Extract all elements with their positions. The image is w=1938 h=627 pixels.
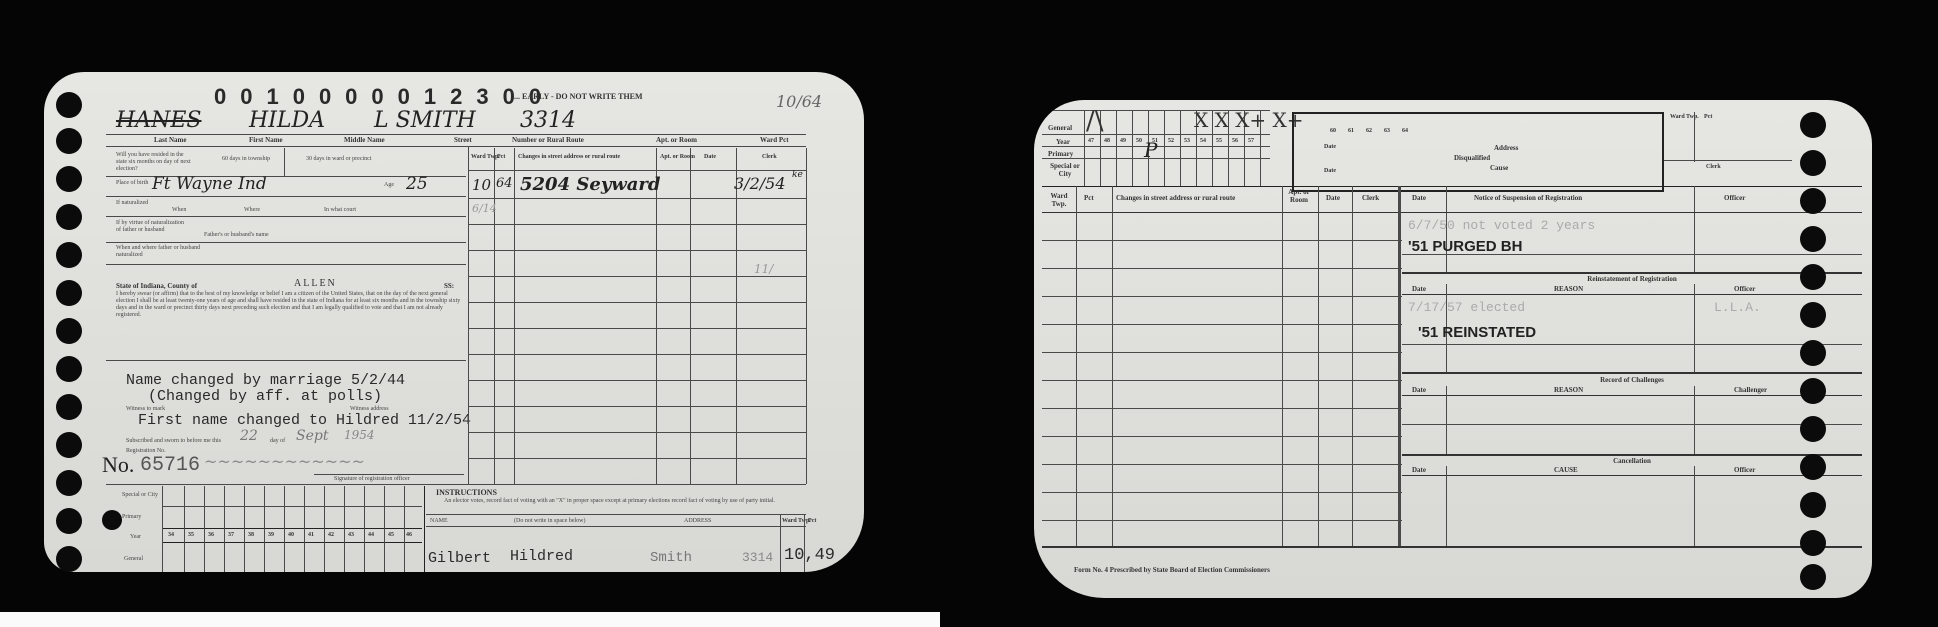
form-footer: Form No. 4 Prescribed by State Board of … xyxy=(1074,566,1270,574)
year-cell: 50 xyxy=(1136,138,1142,144)
vote-marks: X X X+ X+ xyxy=(1194,108,1304,132)
year-cell: 60 xyxy=(1330,128,1336,134)
suspension-col-date: Date xyxy=(1412,194,1426,202)
year-cell: 63 xyxy=(1384,128,1390,134)
oath-ss: SS: xyxy=(444,282,454,290)
naturalization-virtue-label: If by virtue of naturalization of father… xyxy=(116,220,186,234)
reinstated-stamp: '51 REINSTATED xyxy=(1418,324,1536,341)
purged-stamp: '51 PURGED BH xyxy=(1408,238,1522,255)
naturalized-where-label: Where xyxy=(244,207,260,214)
ward-pct-label: Ward Pct xyxy=(760,136,789,144)
subscribed-day: 22 xyxy=(240,428,258,444)
reinstatement-col-date: Date xyxy=(1412,285,1426,293)
birthplace-label: Place of birth xyxy=(116,180,148,187)
changes-row-clerk: ke xyxy=(792,170,803,180)
reinstatement-col-officer: Officer xyxy=(1734,285,1755,293)
vote-mark-initial: P xyxy=(1144,138,1157,162)
changes-row-date: 3/2/54 xyxy=(734,174,786,193)
col-clerk: Clerk xyxy=(1362,194,1379,202)
instructions-title: INSTRUCTIONS xyxy=(436,488,497,497)
year-cell: 52 xyxy=(1168,138,1174,144)
changes-col-address: Changes in street address or rural route xyxy=(518,154,620,160)
disqualified-box xyxy=(1292,112,1664,192)
suspension-col-notice: Notice of Suspension of Registration xyxy=(1474,194,1582,202)
header-notice: ... EARLY - DO NOT WRITE THEM xyxy=(514,92,643,101)
number-route-label: Number or Rural Route xyxy=(512,136,584,144)
grid-label-year: Year xyxy=(130,534,141,541)
typed-middle-name: Smith xyxy=(650,550,692,566)
changes-col-apt: Apt. or Room xyxy=(660,154,695,160)
suspension-faint-entry: 6/7/50 not voted 2 years xyxy=(1408,218,1595,233)
changes-col-date: Date xyxy=(704,154,716,160)
changes-row-ward: 6/14 xyxy=(472,202,497,215)
instructions-pct-label: Pct xyxy=(808,518,816,524)
year-cell: 39 xyxy=(268,532,274,538)
cancellation-title: Cancellation xyxy=(1402,457,1862,465)
year-cell: 54 xyxy=(1200,138,1206,144)
naturalized-court-label: In what court xyxy=(324,207,356,214)
box-label-cause: Cause xyxy=(1490,164,1508,172)
father-husband-name-label: Father's or husband's name xyxy=(204,232,269,239)
first-name-label: First Name xyxy=(249,136,283,144)
year-cell: 35 xyxy=(188,532,194,538)
year-cell: 37 xyxy=(228,532,234,538)
year-cell: 34 xyxy=(168,532,174,538)
year-cell: 40 xyxy=(288,532,294,538)
note-first-name-change: First name changed to Hildred 11/2/54 xyxy=(138,412,471,429)
box-label-address: Address xyxy=(1494,144,1518,152)
note-changed-at-polls: (Changed by aff. at polls) xyxy=(148,388,382,405)
registration-number: 65716 xyxy=(140,454,200,477)
subscribed-label: Subscribed and sworn to before me this xyxy=(126,438,221,445)
changes-col-ward: Ward Twp. xyxy=(471,154,500,160)
instructions-name-label: NAME xyxy=(430,518,448,525)
cancellation-col-date: Date xyxy=(1412,466,1426,474)
year-cell: 56 xyxy=(1232,138,1238,144)
grid-label-general: General xyxy=(1048,124,1072,132)
first-name-value: HILDA xyxy=(249,108,325,133)
middle-name-value: L SMITH xyxy=(374,108,476,133)
reinstatement-faint-entry: 7/17/57 elected xyxy=(1408,300,1525,315)
subscribed-year: 1954 xyxy=(344,428,375,442)
typed-first-name: Hildred xyxy=(510,548,573,565)
changes-row-address: 5204 Seyward xyxy=(520,174,661,195)
grid-label-primary: Primary xyxy=(1048,150,1073,158)
voter-registration-card-back: General Year Primary Special or City 47 … xyxy=(1034,100,1872,598)
cancellation-col-cause: CAUSE xyxy=(1554,466,1578,474)
last-name-value: HANES xyxy=(116,108,201,133)
grid-label-primary: Primary xyxy=(122,514,141,521)
year-cell: 49 xyxy=(1120,138,1126,144)
father-husband-naturalized-label: When and where father or husband natural… xyxy=(116,245,206,259)
subscribed-month-label: day of xyxy=(270,438,285,445)
year-cell: 62 xyxy=(1366,128,1372,134)
grid-label-year: Year xyxy=(1056,138,1070,146)
year-cell: 44 xyxy=(368,532,374,538)
last-name-label: Last Name xyxy=(154,136,186,144)
year-cell: 41 xyxy=(308,532,314,538)
instructions-do-not-write: (Do not write in space below) xyxy=(514,518,585,525)
typed-ward-pct: 10,49 xyxy=(784,546,835,565)
changes-row-date: 11/ xyxy=(754,262,773,276)
reinstatement-faint-officer: L.L.A. xyxy=(1714,300,1761,315)
top-pct-label: Pct xyxy=(1704,114,1712,120)
reinstatement-col-reason: REASON xyxy=(1554,285,1583,293)
year-cell: 45 xyxy=(388,532,394,538)
col-apt-room: Apt. or Room xyxy=(1284,188,1314,204)
suspension-col-officer: Officer xyxy=(1724,194,1745,202)
grid-label-general: General xyxy=(124,556,143,563)
residence-question-ward: 30 days in ward or precinct xyxy=(306,156,386,163)
changes-row-pct: 64 xyxy=(496,176,513,191)
oath-text: I hereby swear (or affirm) that to the b… xyxy=(116,291,461,319)
changes-row-ward: 10 xyxy=(472,176,491,194)
note-marriage-name-change: Name changed by marriage 5/2/44 xyxy=(126,372,405,389)
scan-margin-strip xyxy=(0,612,940,627)
year-cell: 43 xyxy=(348,532,354,538)
col-pct: Pct xyxy=(1084,194,1094,202)
year-cell: 64 xyxy=(1402,128,1408,134)
grid-label-special: Special or City xyxy=(122,492,158,499)
year-cell: 48 xyxy=(1104,138,1110,144)
box-label-disqualified: Disqualified xyxy=(1454,154,1490,162)
apt-room-label: Apt. or Room xyxy=(656,136,697,144)
middle-name-label: Middle Name xyxy=(344,136,385,144)
year-cell: 42 xyxy=(328,532,334,538)
residence-question-state: Will you have resided in the state six m… xyxy=(116,152,196,173)
year-cell: 47 xyxy=(1088,138,1094,144)
oath-county: ALLEN xyxy=(294,278,337,289)
registration-officer-signature: ~~~~~~~~~~~~ xyxy=(204,452,365,471)
challenges-col-challenger: Challenger xyxy=(1734,386,1767,394)
year-cell: 53 xyxy=(1184,138,1190,144)
instructions-ward-label: Ward Twp. xyxy=(782,518,811,524)
naturalized-when-label: When xyxy=(172,207,186,214)
year-cell: 36 xyxy=(208,532,214,538)
age-label: Age xyxy=(384,182,394,189)
signature-officer-label: Signature of registration officer xyxy=(334,476,410,483)
box-side-date: Date xyxy=(1324,168,1336,174)
challenges-title: Record of Challenges xyxy=(1402,376,1862,384)
box-side-date: Date xyxy=(1324,144,1336,150)
vote-marks: /\ xyxy=(1086,106,1104,136)
ward-pct-corner: 10/64 xyxy=(776,92,822,111)
col-address-changes: Changes in street address or rural route xyxy=(1116,194,1235,202)
challenges-col-date: Date xyxy=(1412,386,1426,394)
street-number-value: 3314 xyxy=(520,108,576,133)
challenges-col-reason: REASON xyxy=(1554,386,1583,394)
changes-col-clerk: Clerk xyxy=(762,154,777,160)
oath-state-line: State of Indiana, County of xyxy=(116,282,197,290)
year-cell: 55 xyxy=(1216,138,1222,144)
registration-no-prefix: No. xyxy=(102,452,134,478)
typed-house-number: 3314 xyxy=(742,550,773,565)
col-ward-twp: Ward Twp. xyxy=(1044,192,1074,208)
naturalized-label: If naturalized xyxy=(116,200,148,207)
age-value: 25 xyxy=(406,174,428,194)
street-label: Street xyxy=(454,136,472,144)
instructions-text: An elector votes, record fact of voting … xyxy=(444,498,824,505)
grid-label-special: Special or City xyxy=(1050,162,1080,178)
subscribed-month: Sept xyxy=(296,428,328,444)
serial-number: 0010000012300 xyxy=(214,84,555,110)
year-cell: 46 xyxy=(406,532,412,538)
typed-last-name: Gilbert xyxy=(428,550,491,567)
birthplace-value: Ft Wayne Ind xyxy=(152,174,267,194)
changes-col-pct: Pct xyxy=(497,154,505,160)
cancellation-col-officer: Officer xyxy=(1734,466,1755,474)
reinstatement-title: Reinstatement of Registration xyxy=(1402,275,1862,283)
instructions-address-label: ADDRESS xyxy=(684,518,711,525)
year-cell: 38 xyxy=(248,532,254,538)
top-clerk-label: Clerk xyxy=(1706,164,1721,170)
year-cell: 61 xyxy=(1348,128,1354,134)
year-cell: 57 xyxy=(1248,138,1254,144)
col-date: Date xyxy=(1326,194,1340,202)
residence-question-township: 60 days in township xyxy=(222,156,282,163)
voter-registration-card-front: 0010000012300 ... EARLY - DO NOT WRITE T… xyxy=(44,72,864,572)
